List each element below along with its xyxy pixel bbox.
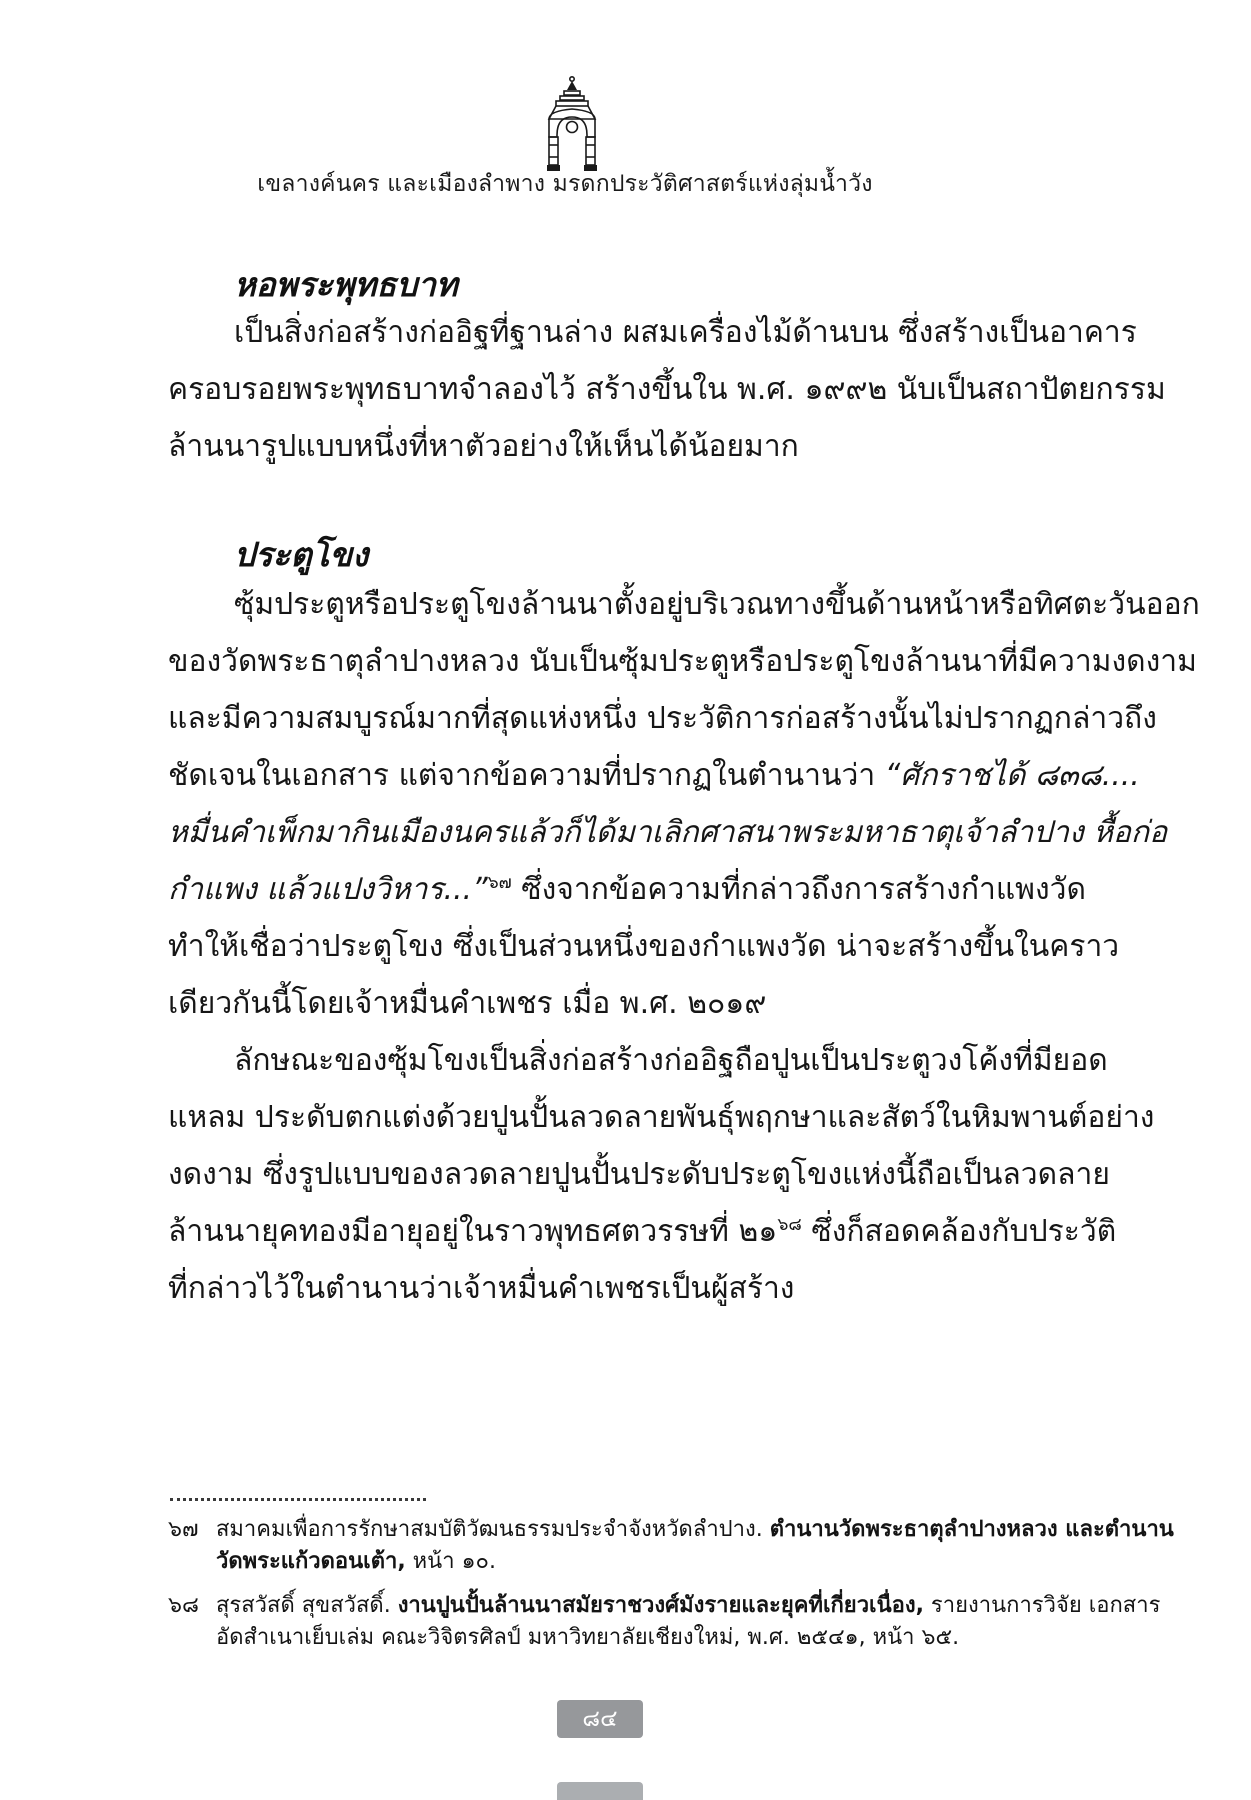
- chronicle-quote-text: “ศักราชได้ ๘๓๘....: [885, 758, 1140, 793]
- body-line: งดงาม ซึ่งรูปแบบของลวดลายปูนปั้นประดับปร…: [168, 1146, 1086, 1203]
- chronicle-quote-line: หมื่นคำเพ็กมากินเมืองนครแล้วก็ได้มาเลิกศ…: [168, 804, 1086, 861]
- footnote-separator: [170, 1498, 426, 1501]
- body-line: และมีความสมบูรณ์มากที่สุดแห่งหนึ่ง ประวั…: [168, 690, 1086, 747]
- footnote-title-bold: ตำนานวัดพระธาตุลำปางหลวง และตำนาน: [770, 1517, 1174, 1542]
- footnote-68: ๖๘ สุรสวัสดิ์ สุขสวัสดิ์. งานปูนปั้นล้าน…: [168, 1590, 1098, 1654]
- body-line: ของวัดพระธาตุลำปางหลวง นับเป็นซุ้มประตูห…: [168, 633, 1086, 690]
- footnote-marker: ๖๗: [168, 1514, 216, 1578]
- footnote-marker: ๖๘: [168, 1590, 216, 1654]
- body-line: ที่กล่าวไว้ในตำนานว่าเจ้าหมื่นคำเพชรเป็น…: [168, 1260, 1086, 1317]
- body-line: ชัดเจนในเอกสาร แต่จากข้อความที่ปรากฏในตำ…: [168, 747, 1086, 804]
- paragraph-1: เป็นสิ่งก่อสร้างก่ออิฐที่ฐานล่าง ผสมเครื…: [168, 304, 1086, 475]
- footnote-line: วัดพระแก้วดอนเต้า, หน้า ๑๐.: [216, 1546, 1174, 1578]
- body-line: ลักษณะของซุ้มโขงเป็นสิ่งก่อสร้างก่ออิฐถื…: [168, 1032, 1086, 1089]
- body-line: กำแพง แล้วแปงวิหาร...”๖๗ ซึ่งจากข้อความท…: [168, 861, 1086, 918]
- footnote-text: สมาคมเพื่อการรักษาสมบัติวัฒนธรรมประจำจัง…: [216, 1517, 770, 1542]
- footnote-line: อัดสำเนาเย็บเล่ม คณะวิจิตรศิลป์ มหาวิทยา…: [216, 1622, 1160, 1654]
- footnote-text: รายงานการวิจัย เอกสาร: [924, 1593, 1160, 1618]
- body-text: ล้านนายุคทองมีอายุอยู่ในราวพุทธศตวรรษที่…: [168, 1214, 777, 1249]
- footnote-title-bold: วัดพระแก้วดอนเต้า,: [216, 1549, 406, 1574]
- chronicle-quote-text: กำแพง แล้วแปงวิหาร...”: [168, 872, 488, 907]
- body-line: ครอบรอยพระพุทธบาทจำลองไว้ สร้างขึ้นใน พ.…: [168, 361, 1086, 418]
- section-heading-pratu-khong: ประตูโขง: [168, 528, 1086, 581]
- footnote-body: สุรสวัสดิ์ สุขสวัสดิ์. งานปูนปั้นล้านนาส…: [216, 1590, 1160, 1654]
- body-line: เป็นสิ่งก่อสร้างก่ออิฐที่ฐานล่าง ผสมเครื…: [168, 304, 1086, 361]
- body-line: แหลม ประดับตกแต่งด้วยปูนปั้นลวดลายพันธุ์…: [168, 1089, 1086, 1146]
- footnote-line: สุรสวัสดิ์ สุขสวัสดิ์. งานปูนปั้นล้านนาส…: [216, 1590, 1160, 1622]
- body-line: ทำให้เชื่อว่าประตูโขง ซึ่งเป็นส่วนหนึ่งข…: [168, 918, 1086, 975]
- body-line: ล้านนารูปแบบหนึ่งที่หาตัวอย่างให้เห็นได้…: [168, 418, 1086, 475]
- arch-gate-emblem-icon: [543, 74, 601, 174]
- footnote-title-bold: งานปูนปั้นล้านนาสมัยราชวงศ์มังรายและยุคท…: [398, 1593, 924, 1618]
- footnote-text: หน้า ๑๐.: [406, 1549, 496, 1574]
- body-line: ล้านนายุคทองมีอายุอยู่ในราวพุทธศตวรรษที่…: [168, 1203, 1086, 1260]
- running-head-title: เขลางค์นคร และเมืองลำพาง มรดกประวัติศาสต…: [0, 166, 1130, 202]
- body-text: ซึ่งจากข้อความที่กล่าวถึงการสร้างกำแพงวั…: [512, 872, 1086, 907]
- body-text: ซึ่งก็สอดคล้องกับประวัติ: [802, 1214, 1116, 1249]
- bottom-edge-tab: [557, 1782, 643, 1800]
- footnote-line: สมาคมเพื่อการรักษาสมบัติวัฒนธรรมประจำจัง…: [216, 1514, 1174, 1546]
- footnote-ref-67: ๖๗: [488, 873, 512, 893]
- footnote-67: ๖๗ สมาคมเพื่อการรักษาสมบัติวัฒนธรรมประจำ…: [168, 1514, 1098, 1578]
- footnote-body: สมาคมเพื่อการรักษาสมบัติวัฒนธรรมประจำจัง…: [216, 1514, 1174, 1578]
- paragraphs-2-3: ซุ้มประตูหรือประตูโขงล้านนาตั้งอยู่บริเว…: [168, 576, 1086, 1317]
- body-text: ชัดเจนในเอกสาร แต่จากข้อความที่ปรากฏในตำ…: [168, 758, 885, 793]
- body-line: ซุ้มประตูหรือประตูโขงล้านนาตั้งอยู่บริเว…: [168, 576, 1086, 633]
- footnote-text: สุรสวัสดิ์ สุขสวัสดิ์.: [216, 1593, 398, 1618]
- page-number-badge: ๘๔: [557, 1700, 643, 1738]
- body-line: เดียวกันนี้โดยเจ้าหมื่นคำเพชร เมื่อ พ.ศ.…: [168, 975, 1086, 1032]
- footnote-ref-68: ๖๘: [777, 1215, 801, 1235]
- document-page: เขลางค์นคร และเมืองลำพาง มรดกประวัติศาสต…: [0, 0, 1251, 1800]
